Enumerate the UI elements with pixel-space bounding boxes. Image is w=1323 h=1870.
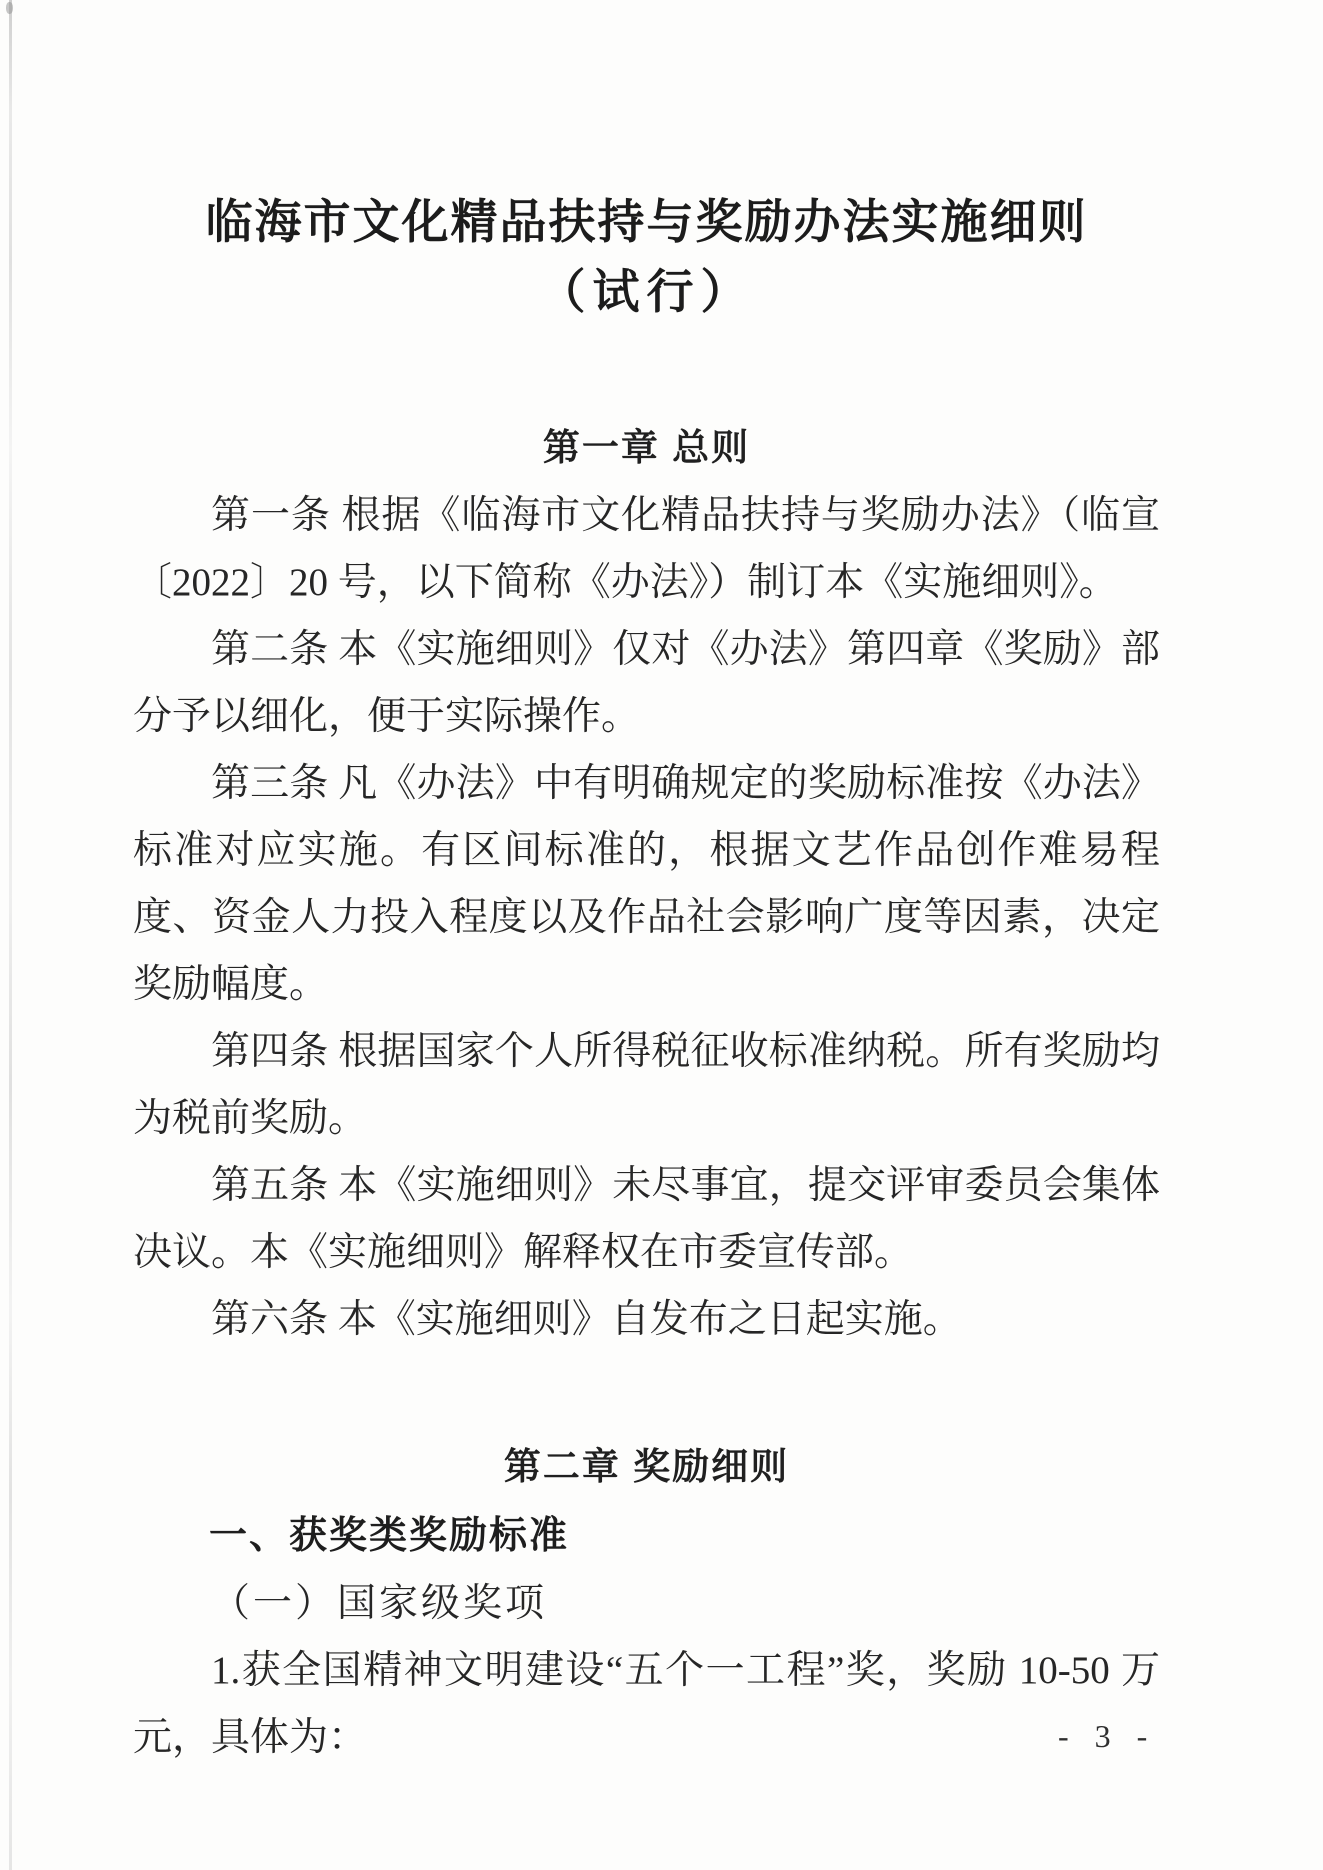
page-number: - 3 - [1058, 1718, 1156, 1754]
article-6: 第六条 本《实施细则》自发布之日起实施。 [133, 1286, 1160, 1353]
document-title: 临海市文化精品扶持与奖励办法实施细则 （试行） [133, 188, 1160, 328]
article-5: 第五条 本《实施细则》未尽事宜，提交评审委员会集体决议。本《实施细则》解释权在市… [133, 1152, 1160, 1286]
document-title-line2: （试行） [133, 258, 1160, 328]
section-1-heading: 一、获奖类奖励标准 [133, 1503, 1160, 1570]
scanned-document-page: 临海市文化精品扶持与奖励办法实施细则 （试行） 第一章 总则 第一条 根据《临海… [0, 0, 1323, 1870]
document-content: 临海市文化精品扶持与奖励办法实施细则 （试行） 第一章 总则 第一条 根据《临海… [133, 188, 1160, 1771]
subsection-1-heading: （一）国家级奖项 [133, 1570, 1160, 1637]
scan-artifact-dot [6, 2, 13, 14]
reward-item-1: 1.获全国精神文明建设“五个一工程”奖，奖励 10-50 万元，具体为： [133, 1637, 1160, 1771]
article-3: 第三条 凡《办法》中有明确规定的奖励标准按《办法》标准对应实施。有区间标准的，根… [133, 750, 1160, 1018]
article-4: 第四条 根据国家个人所得税征收标准纳税。所有奖励均为税前奖励。 [133, 1018, 1160, 1152]
chapter2-heading: 第二章 奖励细则 [133, 1445, 1160, 1489]
document-title-line1: 临海市文化精品扶持与奖励办法实施细则 [133, 188, 1160, 258]
chapter1-articles: 第一条 根据《临海市文化精品扶持与奖励办法》（临宣〔2022〕20 号，以下简称… [133, 482, 1160, 1353]
article-1: 第一条 根据《临海市文化精品扶持与奖励办法》（临宣〔2022〕20 号，以下简称… [133, 482, 1160, 616]
chapter1-heading: 第一章 总则 [133, 428, 1160, 468]
article-2: 第二条 本《实施细则》仅对《办法》第四章《奖励》部分予以细化，便于实际操作。 [133, 616, 1160, 750]
scan-artifact-line [9, 0, 12, 1870]
